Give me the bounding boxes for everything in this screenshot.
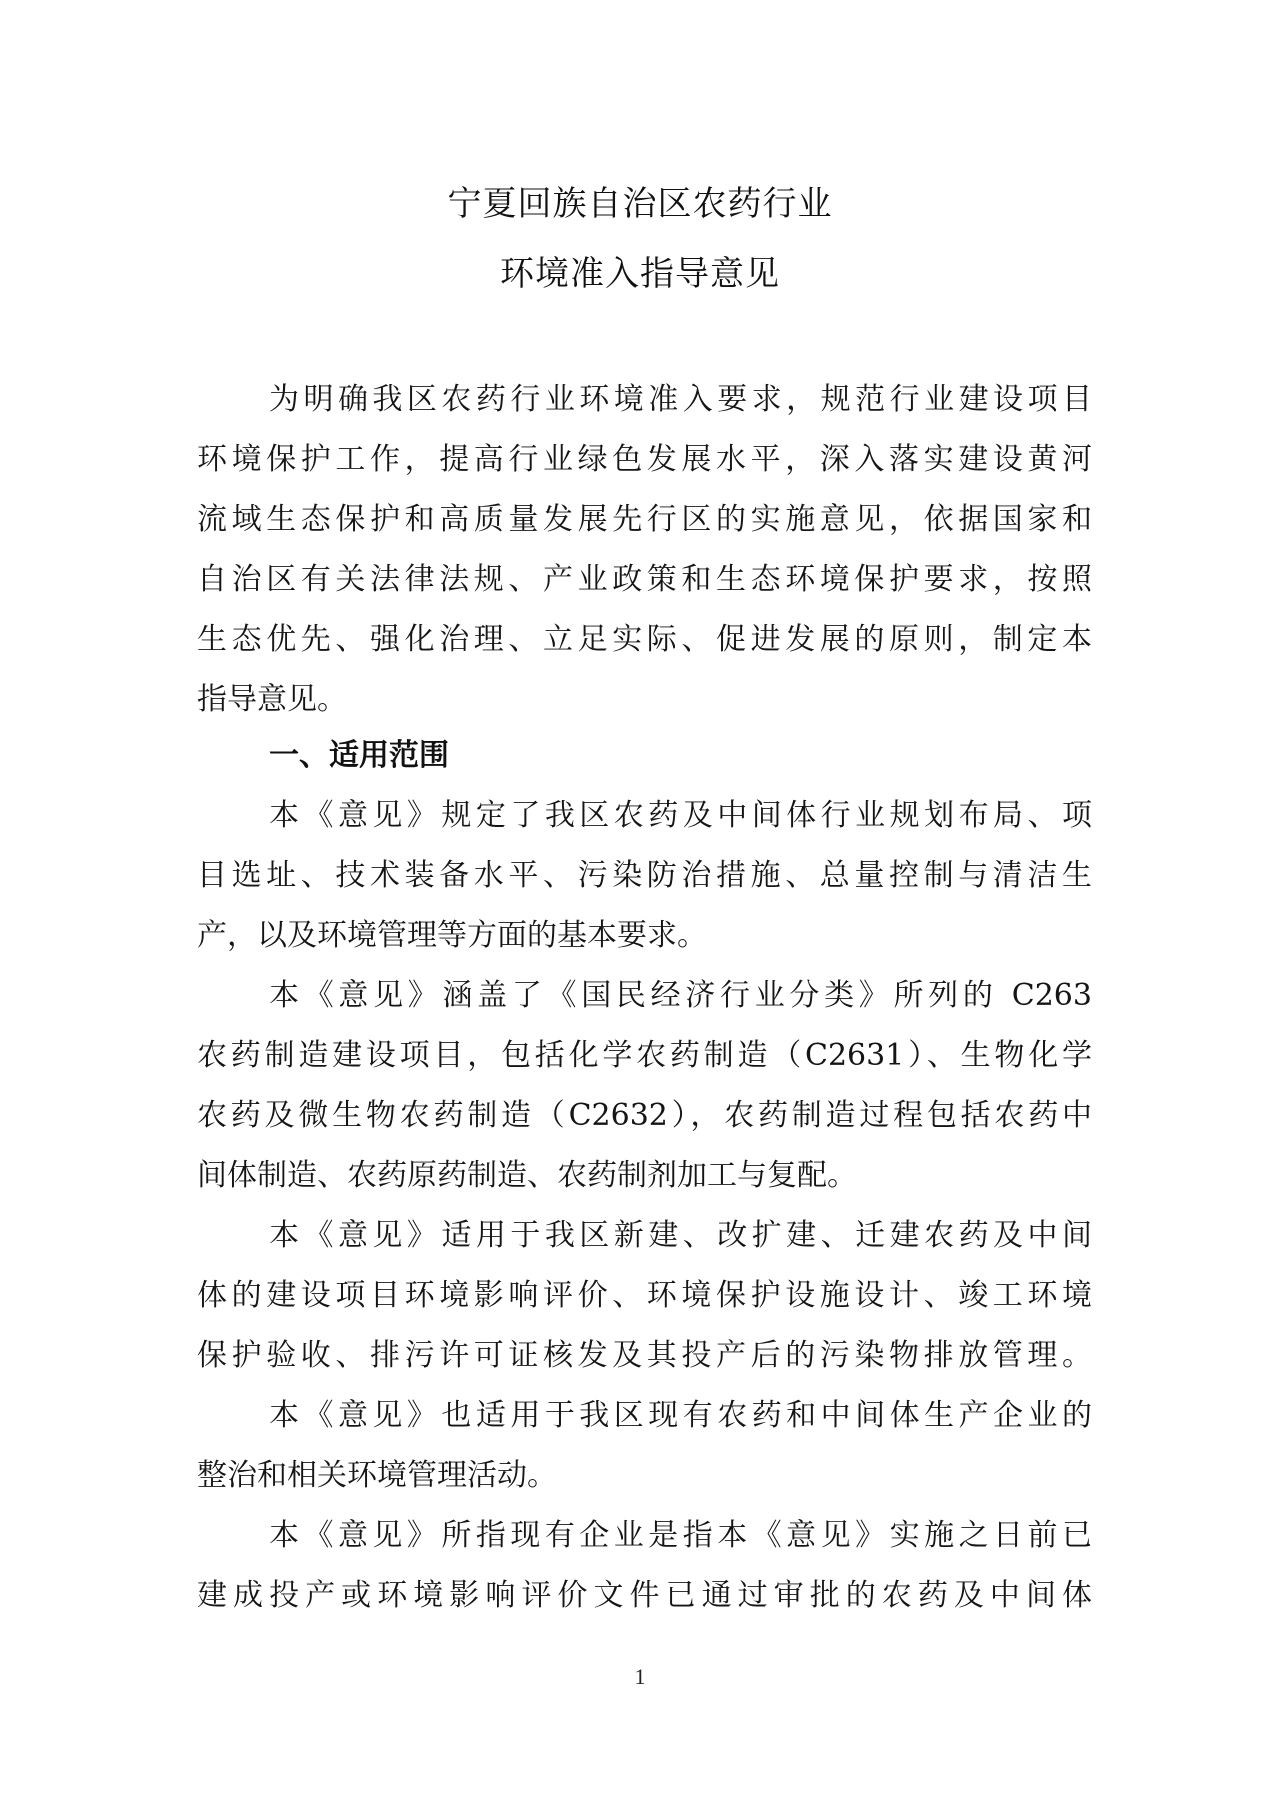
intro-line: 流域生态保护和高质量发展先行区的实施意见，依据国家和 <box>197 500 1092 540</box>
paragraph-line: 整治和相关环境管理活动。 <box>197 1456 1092 1496</box>
paragraph-line: 本《意见》所指现有企业是指本《意见》实施之日前已 <box>269 1516 1092 1556</box>
document-title-line-2: 环境准入指导意见 <box>0 246 1280 295</box>
intro-line: 生态优先、强化治理、立足实际、促进发展的原则，制定本 <box>197 620 1092 660</box>
intro-line: 为明确我区农药行业环境准入要求，规范行业建设项目 <box>269 380 1092 420</box>
paragraph-line: 目选址、技术装备水平、污染防治措施、总量控制与清洁生 <box>197 856 1092 896</box>
paragraph-line: 农药制造建设项目，包括化学农药制造（C2631）、生物化学 <box>197 1036 1092 1076</box>
paragraph-line: 本《意见》也适用于我区现有农药和中间体生产企业的 <box>269 1396 1092 1436</box>
paragraph-line: 建成投产或环境影响评价文件已通过审批的农药及中间体 <box>197 1576 1092 1616</box>
paragraph-line: 体的建设项目环境影响评价、环境保护设施设计、竣工环境 <box>197 1276 1092 1316</box>
paragraph-line: 保护验收、排污许可证核发及其投产后的污染物排放管理。 <box>197 1336 1092 1376</box>
section-heading-scope: 一、适用范围 <box>269 736 449 776</box>
intro-line: 自治区有关法律法规、产业政策和生态环境保护要求，按照 <box>197 560 1092 600</box>
paragraph-line: 本《意见》规定了我区农药及中间体行业规划布局、项 <box>269 796 1092 836</box>
document-page: 宁夏回族自治区农药行业 环境准入指导意见 为明确我区农药行业环境准入要求，规范行… <box>0 0 1280 1810</box>
paragraph-line: 本《意见》涵盖了《国民经济行业分类》所列的 C263 <box>269 976 1092 1016</box>
paragraph-line: 产，以及环境管理等方面的基本要求。 <box>197 916 1092 956</box>
intro-line: 环境保护工作，提高行业绿色发展水平，深入落实建设黄河 <box>197 440 1092 480</box>
paragraph-line: 本《意见》适用于我区新建、改扩建、迁建农药及中间 <box>269 1216 1092 1256</box>
intro-line: 指导意见。 <box>197 680 1092 720</box>
paragraph-line: 农药及微生物农药制造（C2632），农药制造过程包括农药中 <box>197 1096 1092 1136</box>
paragraph-line: 间体制造、农药原药制造、农药制剂加工与复配。 <box>197 1156 1092 1196</box>
document-title-line-1: 宁夏回族自治区农药行业 <box>0 176 1280 225</box>
page-number: 1 <box>0 1664 1280 1690</box>
